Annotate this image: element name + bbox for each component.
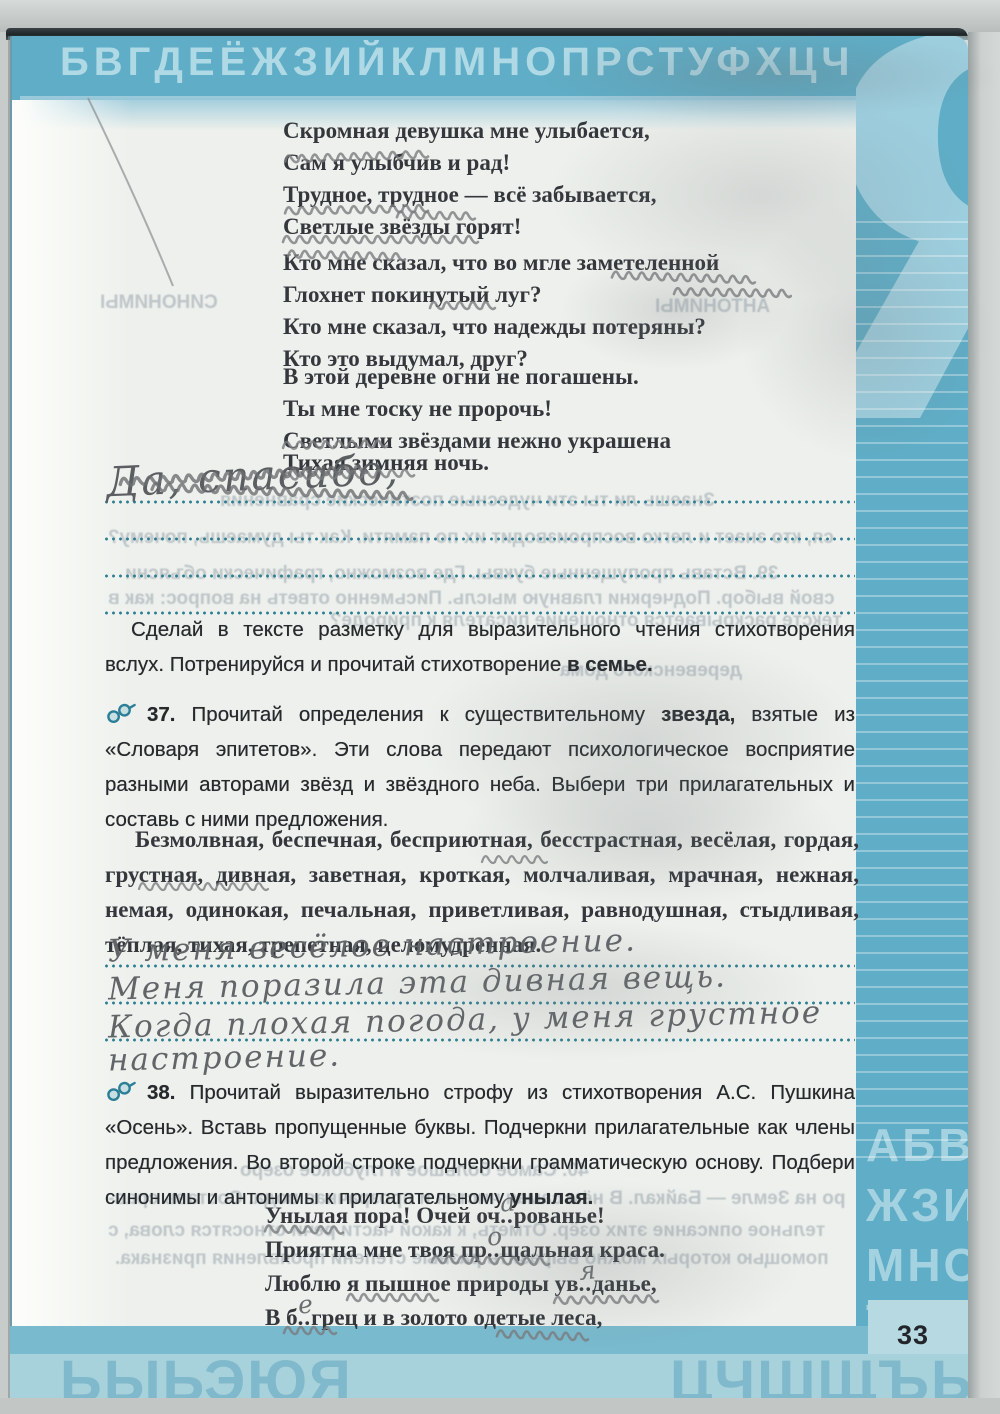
alphabet-fragment: ЬЫЬЭЮЯ — [60, 1354, 353, 1398]
answer-dotted-line — [103, 574, 855, 578]
alphabet-band-bottom: ЬЫЬЭЮЯ ЦЧШЩЪЫЬ — [10, 1354, 968, 1398]
alphabet-fragment: ЦЧШЩЪЫЬ — [670, 1354, 968, 1398]
scanner-edge-right — [968, 32, 1000, 1414]
alphabet-fragment: МНО — [866, 1238, 968, 1292]
pencil-squiggle — [281, 232, 481, 246]
pencil-squiggle — [345, 1290, 440, 1304]
task-number: 38. — [147, 1081, 176, 1104]
pencil-underline — [214, 879, 274, 893]
task-number: 37. — [147, 703, 176, 726]
pencil-squiggle — [263, 1221, 348, 1236]
pencil-squiggle — [428, 298, 500, 312]
alphabet-fragment: АБВГ — [866, 1118, 968, 1172]
page-number: 33 — [897, 1320, 929, 1351]
scanner-edge-bottom — [0, 1398, 1000, 1414]
pencil-squiggle — [672, 284, 792, 300]
poem-line: Глохнет покинутый луг? — [283, 282, 542, 308]
smudge — [560, 250, 790, 370]
pencil-squiggle — [552, 1291, 662, 1307]
pencil-underline — [480, 852, 548, 866]
pencil-crease-line — [80, 96, 190, 296]
task-text: Прочитай выразительно строфу из стихотво… — [105, 1081, 855, 1209]
handwritten-answer: настроение. — [108, 1038, 342, 1079]
poem-line: В этой деревне огни не погашены. — [283, 364, 639, 390]
pencil-squiggle — [430, 1252, 555, 1268]
handwritten-letter: е — [296, 1289, 315, 1319]
pencil-squiggle — [281, 436, 391, 452]
alphabet-fragment: ЖЗИ — [866, 1178, 968, 1232]
pencil-squiggle — [395, 207, 485, 223]
scanned-workbook-page: БВГДЕЁЖЗИЙКЛМНОПРСТУФХЦЧ Я АБВГ ЖЗИ МНО … — [0, 0, 1000, 1414]
task-38-paragraph: 38. Прочитай выразительно строфу из стих… — [105, 1075, 855, 1215]
bleedthrough-text: свой выбор. Подчеркни главную мысль. Пис… — [108, 588, 835, 610]
smudge — [340, 920, 820, 1060]
poem-line: Ты мне тоску не пророчь! — [283, 396, 552, 422]
pencil-underline — [137, 879, 217, 893]
answer-dotted-line — [103, 537, 855, 541]
smudge — [460, 760, 840, 910]
pencil-squiggle — [282, 1323, 342, 1337]
